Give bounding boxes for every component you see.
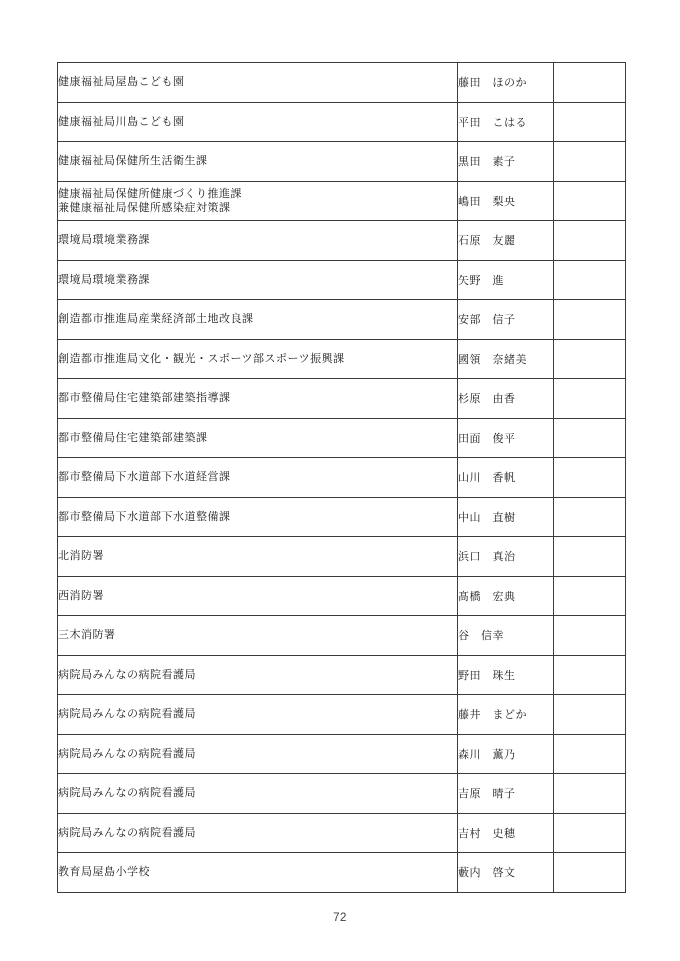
signature-cell	[554, 418, 626, 458]
department-line1: 都市整備局住宅建築部建築指導課	[58, 391, 457, 405]
department-cell: 教育局屋島小学校	[58, 853, 458, 893]
department-cell: 健康福祉局川島こども園	[58, 102, 458, 142]
person-name: 藤田 ほのか	[458, 77, 527, 89]
department-line1: 病院局みんなの病院看護局	[58, 707, 457, 721]
person-name: 平田 こはる	[458, 117, 527, 129]
person-name: 安部 信子	[458, 314, 516, 326]
table-row: 健康福祉局川島こども園 平田 こはる	[58, 102, 626, 142]
table-row: 創造都市推進局文化・観光・スポーツ部スポーツ振興課 國領 奈緒美	[58, 339, 626, 379]
department-cell: 健康福祉局保健所生活衛生課	[58, 142, 458, 182]
department-cell: 病院局みんなの病院看護局	[58, 813, 458, 853]
name-cell: 中山 直樹	[458, 497, 554, 537]
name-cell: 藤田 ほのか	[458, 63, 554, 103]
name-cell: 石原 友麗	[458, 221, 554, 261]
name-cell: 吉原 晴子	[458, 774, 554, 814]
signature-cell	[554, 260, 626, 300]
signature-cell	[554, 221, 626, 261]
person-name: 吉原 晴子	[458, 788, 516, 800]
name-cell: 矢野 進	[458, 260, 554, 300]
name-cell: 藤井 まどか	[458, 695, 554, 735]
department-line1: 創造都市推進局文化・観光・スポーツ部スポーツ振興課	[58, 352, 457, 366]
person-name: 森川 薫乃	[458, 749, 516, 761]
department-cell: 北消防署	[58, 537, 458, 577]
table-row: 都市整備局住宅建築部建築課 田面 俊平	[58, 418, 626, 458]
name-cell: 國領 奈緒美	[458, 339, 554, 379]
department-line1: 病院局みんなの病院看護局	[58, 747, 457, 761]
signature-cell	[554, 616, 626, 656]
department-line1: 北消防署	[58, 549, 457, 563]
signature-cell	[554, 379, 626, 419]
department-line1: 健康福祉局屋島こども園	[58, 75, 457, 89]
table-row: 病院局みんなの病院看護局 藤井 まどか	[58, 695, 626, 735]
table-row: 病院局みんなの病院看護局 吉村 史穂	[58, 813, 626, 853]
table-row: 健康福祉局保健所生活衛生課 黒田 素子	[58, 142, 626, 182]
table-row: 環境局環境業務課 石原 友麗	[58, 221, 626, 261]
name-cell: 平田 こはる	[458, 102, 554, 142]
signature-cell	[554, 695, 626, 735]
department-line1: 健康福祉局川島こども園	[58, 115, 457, 129]
department-line1: 創造都市推進局産業経済部土地改良課	[58, 312, 457, 326]
signature-cell	[554, 655, 626, 695]
name-cell: 藪内 啓文	[458, 853, 554, 893]
name-cell: 杉原 由香	[458, 379, 554, 419]
department-line1: 都市整備局住宅建築部建築課	[58, 431, 457, 445]
name-cell: 吉村 史穂	[458, 813, 554, 853]
signature-cell	[554, 300, 626, 340]
name-cell: 安部 信子	[458, 300, 554, 340]
signature-cell	[554, 181, 626, 221]
department-cell: 都市整備局住宅建築部建築課	[58, 418, 458, 458]
department-cell: 健康福祉局屋島こども園	[58, 63, 458, 103]
table-row: 病院局みんなの病院看護局 吉原 晴子	[58, 774, 626, 814]
department-cell: 三木消防署	[58, 616, 458, 656]
department-cell: 病院局みんなの病院看護局	[58, 774, 458, 814]
department-cell: 環境局環境業務課	[58, 260, 458, 300]
signature-cell	[554, 813, 626, 853]
person-name: 吉村 史穂	[458, 828, 516, 840]
staff-table: 健康福祉局屋島こども園 藤田 ほのか 健康福祉局川島こども園 平田 こはる 健康…	[57, 62, 626, 893]
department-cell: 環境局環境業務課	[58, 221, 458, 261]
signature-cell	[554, 339, 626, 379]
department-line1: 病院局みんなの病院看護局	[58, 826, 457, 840]
signature-cell	[554, 576, 626, 616]
department-cell: 都市整備局住宅建築部建築指導課	[58, 379, 458, 419]
department-line1: 教育局屋島小学校	[58, 865, 457, 879]
person-name: 藪内 啓文	[458, 867, 516, 879]
department-line2: 兼健康福祉局保健所感染症対策課	[58, 201, 457, 215]
person-name: 嶋田 梨央	[458, 196, 516, 208]
department-cell: 健康福祉局保健所健康づくり推進課兼健康福祉局保健所感染症対策課	[58, 181, 458, 221]
table-row: 環境局環境業務課 矢野 進	[58, 260, 626, 300]
name-cell: 田面 俊平	[458, 418, 554, 458]
person-name: 野田 珠生	[458, 670, 516, 682]
person-name: 黒田 素子	[458, 156, 516, 168]
signature-cell	[554, 537, 626, 577]
department-line1: 病院局みんなの病院看護局	[58, 668, 457, 682]
name-cell: 野田 珠生	[458, 655, 554, 695]
table-row: 創造都市推進局産業経済部土地改良課 安部 信子	[58, 300, 626, 340]
name-cell: 谷 信幸	[458, 616, 554, 656]
person-name: 髙橋 宏典	[458, 591, 516, 603]
person-name: 田面 俊平	[458, 433, 516, 445]
name-cell: 浜口 真治	[458, 537, 554, 577]
department-cell: 都市整備局下水道部下水道整備課	[58, 497, 458, 537]
person-name: 谷 信幸	[458, 630, 504, 642]
department-line1: 病院局みんなの病院看護局	[58, 786, 457, 800]
table-row: 病院局みんなの病院看護局 森川 薫乃	[58, 734, 626, 774]
table-row: 都市整備局下水道部下水道経営課 山川 香帆	[58, 458, 626, 498]
table-row: 三木消防署 谷 信幸	[58, 616, 626, 656]
person-name: 杉原 由香	[458, 393, 516, 405]
name-cell: 髙橋 宏典	[458, 576, 554, 616]
department-cell: 病院局みんなの病院看護局	[58, 655, 458, 695]
signature-cell	[554, 63, 626, 103]
name-cell: 森川 薫乃	[458, 734, 554, 774]
department-cell: 創造都市推進局産業経済部土地改良課	[58, 300, 458, 340]
name-cell: 山川 香帆	[458, 458, 554, 498]
department-line1: 環境局環境業務課	[58, 273, 457, 287]
department-cell: 病院局みんなの病院看護局	[58, 695, 458, 735]
department-line1: 三木消防署	[58, 628, 457, 642]
department-cell: 西消防署	[58, 576, 458, 616]
table-row: 西消防署 髙橋 宏典	[58, 576, 626, 616]
person-name: 矢野 進	[458, 275, 504, 287]
person-name: 藤井 まどか	[458, 709, 527, 721]
name-cell: 黒田 素子	[458, 142, 554, 182]
signature-cell	[554, 102, 626, 142]
department-cell: 創造都市推進局文化・観光・スポーツ部スポーツ振興課	[58, 339, 458, 379]
signature-cell	[554, 458, 626, 498]
signature-cell	[554, 853, 626, 893]
document-page: 健康福祉局屋島こども園 藤田 ほのか 健康福祉局川島こども園 平田 こはる 健康…	[0, 0, 680, 961]
department-line1: 都市整備局下水道部下水道整備課	[58, 510, 457, 524]
table-row: 健康福祉局保健所健康づくり推進課兼健康福祉局保健所感染症対策課 嶋田 梨央	[58, 181, 626, 221]
department-line1: 健康福祉局保健所健康づくり推進課	[58, 187, 457, 201]
page-number: 72	[0, 912, 680, 924]
department-line1: 都市整備局下水道部下水道経営課	[58, 470, 457, 484]
table-row: 北消防署 浜口 真治	[58, 537, 626, 577]
department-line1: 環境局環境業務課	[58, 233, 457, 247]
person-name: 浜口 真治	[458, 551, 516, 563]
department-cell: 都市整備局下水道部下水道経営課	[58, 458, 458, 498]
signature-cell	[554, 142, 626, 182]
department-line1: 健康福祉局保健所生活衛生課	[58, 154, 457, 168]
department-line1: 西消防署	[58, 589, 457, 603]
department-cell: 病院局みんなの病院看護局	[58, 734, 458, 774]
table-row: 健康福祉局屋島こども園 藤田 ほのか	[58, 63, 626, 103]
table-row: 都市整備局住宅建築部建築指導課 杉原 由香	[58, 379, 626, 419]
table-row: 都市整備局下水道部下水道整備課 中山 直樹	[58, 497, 626, 537]
table-row: 教育局屋島小学校 藪内 啓文	[58, 853, 626, 893]
signature-cell	[554, 497, 626, 537]
signature-cell	[554, 734, 626, 774]
person-name: 中山 直樹	[458, 512, 516, 524]
signature-cell	[554, 774, 626, 814]
table-row: 病院局みんなの病院看護局 野田 珠生	[58, 655, 626, 695]
name-cell: 嶋田 梨央	[458, 181, 554, 221]
person-name: 石原 友麗	[458, 235, 516, 247]
person-name: 國領 奈緒美	[458, 354, 527, 366]
person-name: 山川 香帆	[458, 472, 516, 484]
